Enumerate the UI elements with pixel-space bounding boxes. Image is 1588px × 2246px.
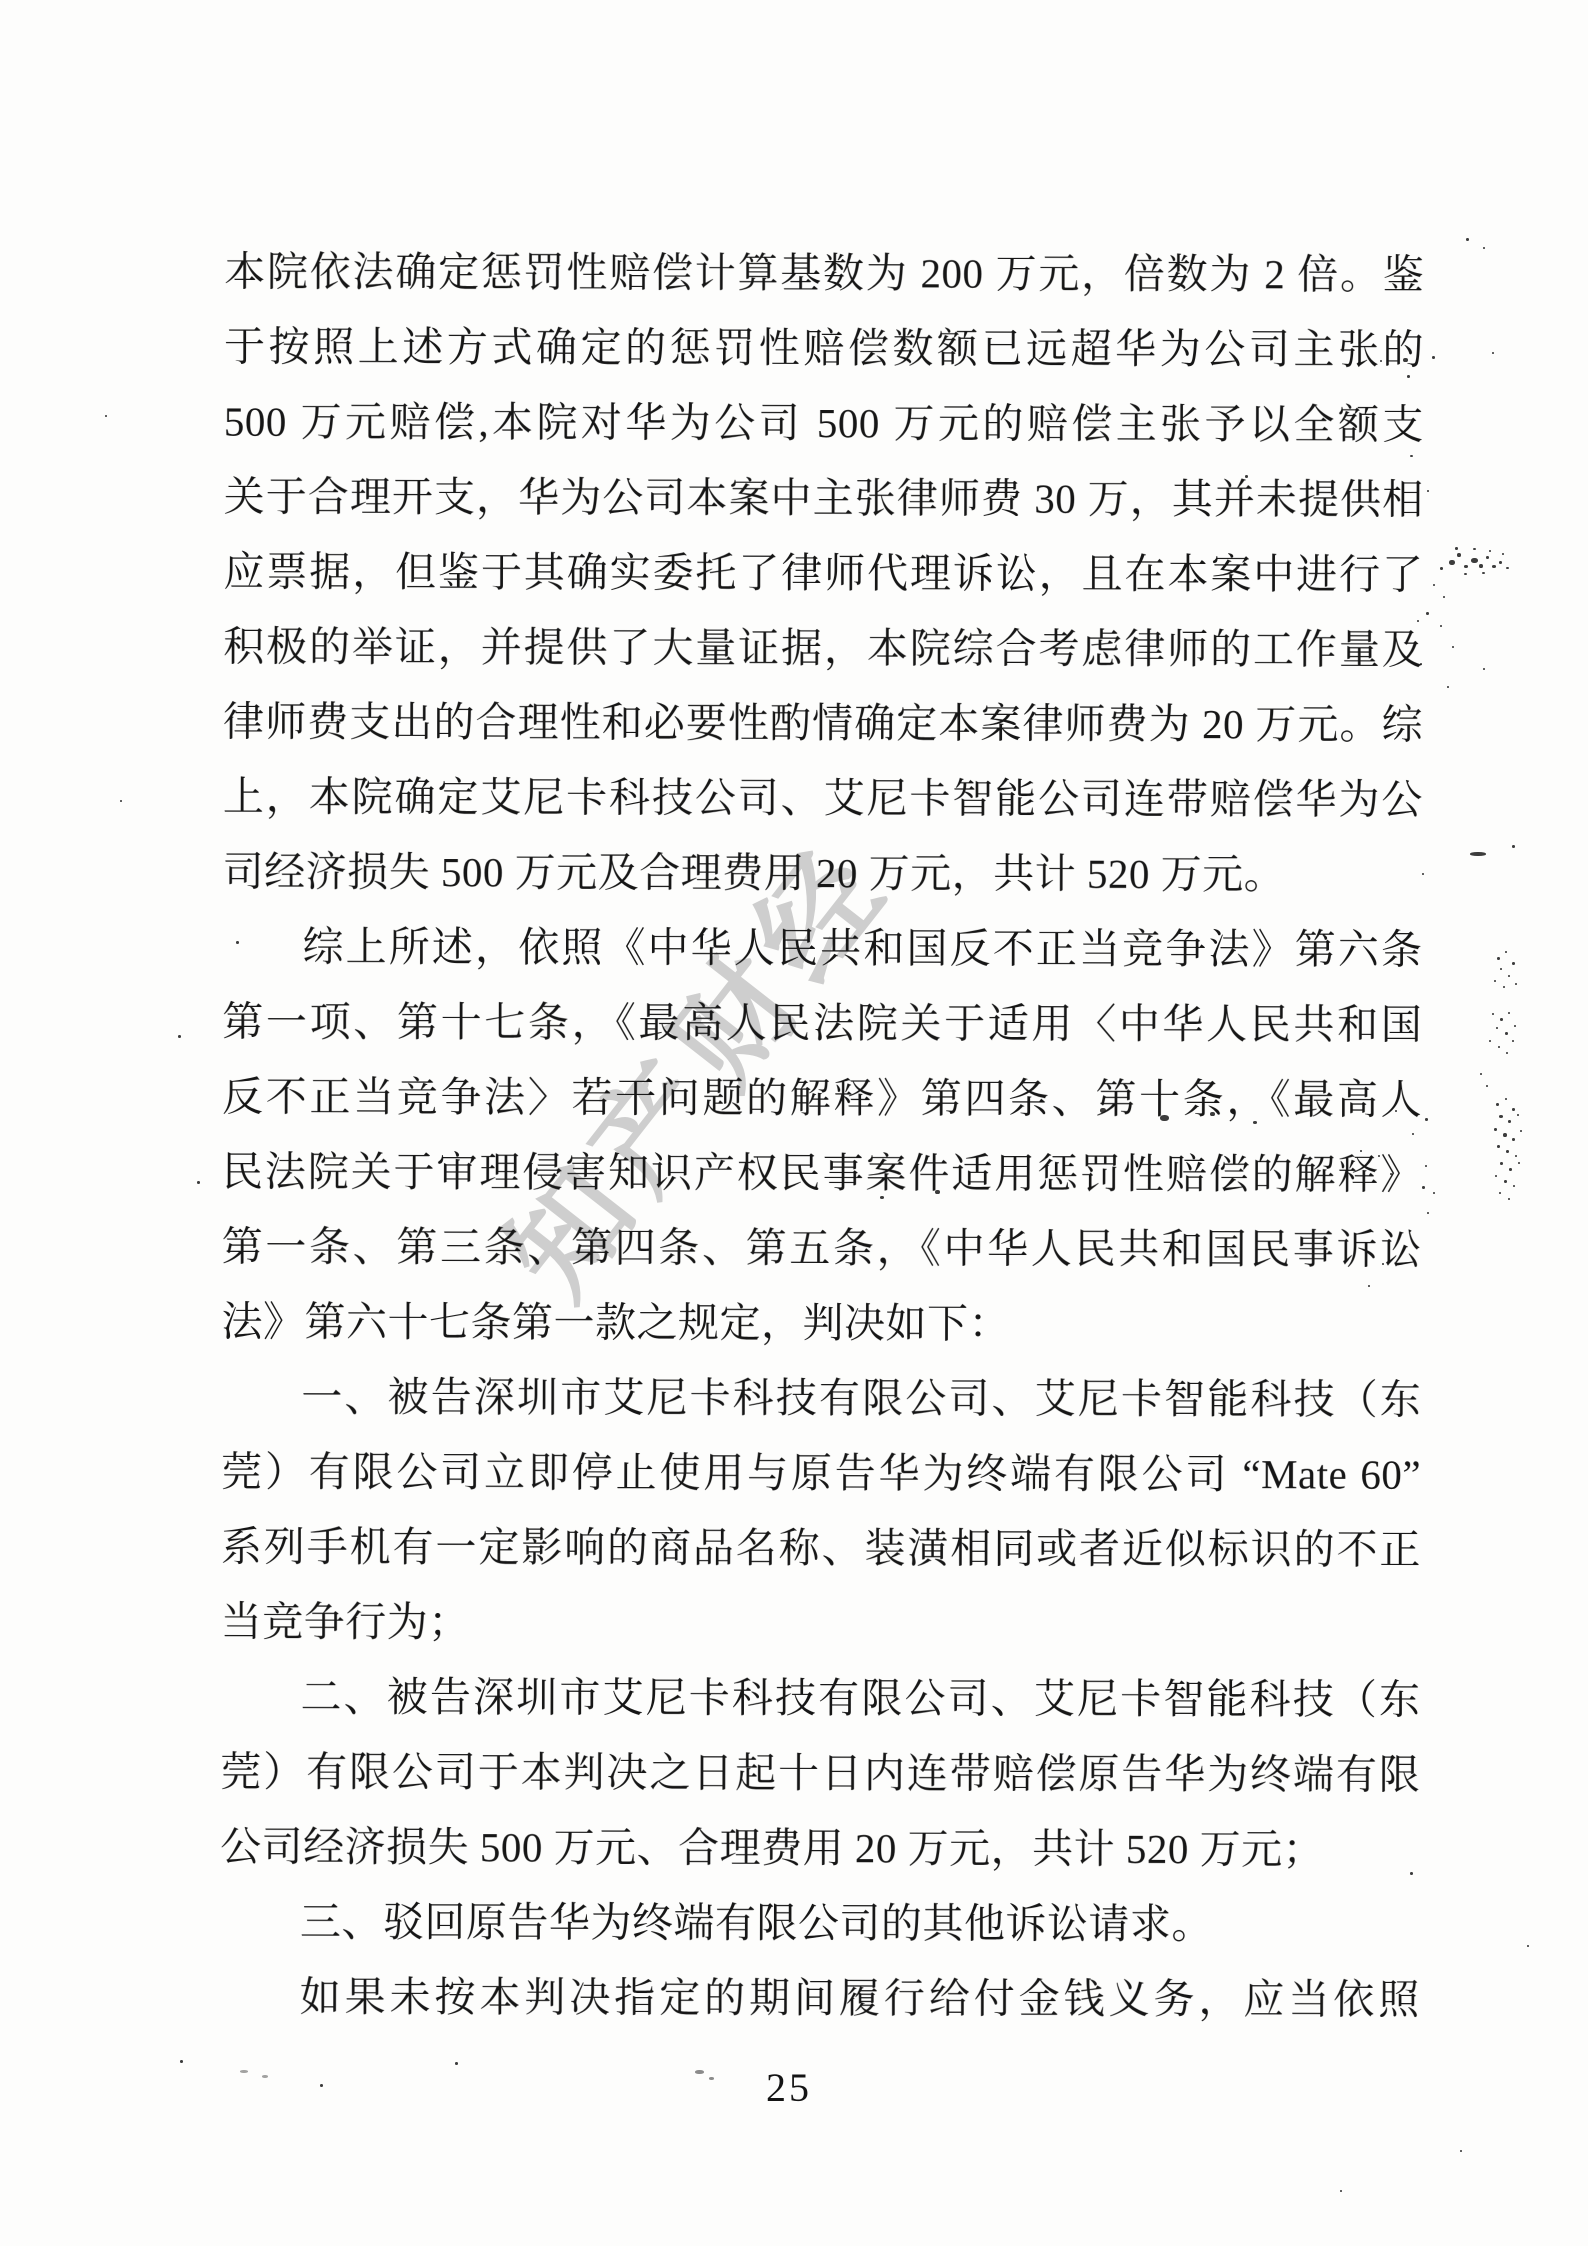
- noise-speck: [1483, 247, 1485, 249]
- noise-speck: [1452, 646, 1454, 648]
- text-line: 莞）有限公司于本判决之日起十日内连带赔偿原告华为终端有限: [220, 1734, 1420, 1812]
- noise-speck: [1517, 1114, 1519, 1116]
- noise-speck: [1489, 550, 1491, 552]
- text-line: 应票据，但鉴于其确实委托了律师代理诉讼，且在本案中进行了: [223, 534, 1423, 612]
- noise-speck: [1506, 1052, 1508, 1054]
- noise-speck: [120, 800, 122, 802]
- noise-speck: [1514, 1025, 1516, 1027]
- text-line: 二、被告深圳市艾尼卡科技有限公司、艾尼卡智能科技（东: [220, 1659, 1420, 1737]
- noise-speck: [1432, 356, 1435, 359]
- noise-speck: [1499, 1115, 1503, 1118]
- noise-speck: [1499, 561, 1502, 564]
- noise-speck: [178, 1035, 181, 1038]
- noise-speck: [1495, 1175, 1497, 1177]
- text-line: 第一项、第十七条，《最高人民法院关于适用〈中华人民共和国: [222, 984, 1422, 1062]
- noise-speck: [1527, 1945, 1529, 1947]
- text-line: 法》第六十七条第一款之规定，判决如下：: [221, 1284, 1421, 1362]
- noise-speck: [1512, 962, 1515, 965]
- noise-speck: [1492, 1013, 1494, 1015]
- noise-speck: [1505, 1032, 1508, 1035]
- noise-speck: [1512, 1108, 1515, 1111]
- noise-speck: [1506, 567, 1509, 569]
- noise-speck: [1471, 558, 1478, 563]
- text-line: 公司经济损失 500 万元、合理费用 20 万元，共计 520 万元；: [220, 1809, 1420, 1887]
- noise-speck: [1480, 1073, 1482, 1075]
- noise-speck: [1464, 573, 1467, 575]
- noise-speck: [1464, 565, 1468, 568]
- noise-speck: [1497, 1145, 1500, 1148]
- text-line: 司经济损失 500 万元及合理费用 20 万元，共计 520 万元。: [223, 834, 1423, 912]
- noise-speck: [1497, 957, 1500, 960]
- noise-speck: [1433, 1192, 1435, 1194]
- noise-speck: [1518, 1162, 1520, 1164]
- noise-speck: [1427, 1212, 1429, 1214]
- noise-speck: [1494, 980, 1496, 982]
- noise-speck: [1503, 1133, 1507, 1137]
- text-line: 反不正当竞争法〉若干问题的解释》第四条、第十条，《最高人: [222, 1059, 1422, 1137]
- noise-speck: [1500, 1162, 1503, 1165]
- noise-speck: [1473, 548, 1476, 550]
- noise-speck: [1466, 238, 1469, 241]
- noise-speck: [1492, 565, 1496, 568]
- noise-speck: [1425, 1118, 1428, 1121]
- noise-speck: [1502, 553, 1504, 555]
- text-line: 如果未按本判决指定的期间履行给付金钱义务，应当依照《中: [220, 1959, 1420, 2037]
- document-body: 本院依法确定惩罚性赔偿计算基数为 200 万元，倍数为 2 倍。鉴于按照上述方式…: [220, 234, 1425, 2037]
- noise-speck: [1512, 1138, 1515, 1141]
- noise-speck: [1489, 1040, 1491, 1042]
- noise-speck: [1440, 567, 1443, 570]
- noise-speck: [1443, 596, 1445, 598]
- noise-speck: [1508, 975, 1510, 977]
- noise-speck: [1512, 845, 1515, 848]
- noise-speck: [1483, 668, 1485, 670]
- noise-speck: [1505, 951, 1507, 953]
- text-line: 本院依法确定惩罚性赔偿计算基数为 200 万元，倍数为 2 倍。鉴: [224, 234, 1424, 312]
- text-line: 律师费支出的合理性和必要性酌情确定本案律师费为 20 万元。综: [223, 684, 1423, 762]
- noise-speck: [455, 2062, 458, 2065]
- noise-speck: [180, 2060, 183, 2063]
- noise-speck: [1515, 983, 1517, 985]
- page-number: 25: [766, 2064, 812, 2111]
- noise-speck: [1486, 556, 1489, 559]
- noise-speck: [1500, 1018, 1503, 1021]
- noise-speck: [1455, 547, 1458, 550]
- noise-speck: [1422, 1186, 1425, 1189]
- noise-speck: [1496, 1103, 1499, 1106]
- noise-speck: [197, 1181, 200, 1184]
- text-line: 第一条、第三条、第四条、第五条，《中华人民共和国民事诉讼: [222, 1209, 1422, 1287]
- noise-speck: [1508, 1012, 1510, 1014]
- noise-speck: [1470, 852, 1486, 856]
- noise-speck: [695, 2070, 704, 2074]
- noise-speck: [320, 2084, 323, 2087]
- noise-speck: [1498, 1046, 1500, 1048]
- text-line: 积极的举证，并提供了大量证据，本院综合考虑律师的工作量及: [223, 609, 1423, 687]
- text-line: 一、被告深圳市艾尼卡科技有限公司、艾尼卡智能科技（东: [221, 1359, 1421, 1437]
- noise-speck: [1508, 1198, 1510, 1200]
- text-line: 莞）有限公司立即停止使用与原告华为终端有限公司 “Mate 60”: [221, 1434, 1421, 1512]
- text-line: 于按照上述方式确定的惩罚性赔偿数额已远超华为公司主张的: [224, 309, 1424, 387]
- noise-speck: [1440, 625, 1442, 627]
- noise-speck: [1515, 1155, 1517, 1157]
- noise-speck: [709, 2077, 714, 2080]
- noise-speck: [262, 2075, 268, 2078]
- noise-speck: [1520, 1130, 1522, 1132]
- noise-speck: [1427, 490, 1429, 492]
- noise-speck: [1479, 564, 1483, 568]
- noise-speck: [1500, 968, 1502, 970]
- noise-speck: [1482, 572, 1485, 574]
- text-line: 三、驳回原告华为终端有限公司的其他诉讼请求。: [220, 1884, 1420, 1962]
- noise-speck: [1486, 1085, 1488, 1087]
- text-line: 上，本院确定艾尼卡科技公司、艾尼卡智能公司连带赔偿华为公: [223, 759, 1423, 837]
- noise-speck: [1433, 584, 1435, 586]
- noise-speck: [1426, 612, 1429, 615]
- text-line: 500 万元赔偿,本院对华为公司 500 万元的赔偿主张予以全额支持。: [224, 384, 1424, 462]
- text-line: 综上所述，依照《中华人民共和国反不正当竞争法》第六条: [222, 909, 1422, 987]
- noise-speck: [1508, 1120, 1511, 1123]
- noise-speck: [1509, 1168, 1512, 1171]
- noise-speck: [1513, 1185, 1515, 1187]
- text-line: 关于合理开支，华为公司本案中主张律师费 30 万，其并未提供相: [224, 459, 1424, 537]
- text-line: 当竞争行为；: [221, 1584, 1421, 1662]
- text-line: 系列手机有一定影响的商品名称、装潢相同或者近似标识的不正: [221, 1509, 1421, 1587]
- noise-speck: [1460, 2150, 1462, 2152]
- noise-speck: [1505, 1098, 1507, 1100]
- noise-speck: [1447, 686, 1449, 688]
- noise-speck: [1506, 1150, 1509, 1153]
- noise-speck: [1503, 986, 1505, 988]
- noise-speck: [1457, 553, 1461, 557]
- noise-speck: [1496, 1027, 1498, 1029]
- noise-speck: [1425, 1165, 1427, 1167]
- scanned-judgment-page: 知产财经 本院依法确定惩罚性赔偿计算基数为 200 万元，倍数为 2 倍。鉴于按…: [0, 0, 1588, 2246]
- noise-speck: [1492, 352, 1494, 354]
- noise-speck: [1340, 2190, 1342, 2192]
- noise-speck: [105, 415, 107, 417]
- noise-speck: [1499, 1192, 1501, 1194]
- text-line: 民法院关于审理侵害知识产权民事案件适用惩罚性赔偿的解释》: [222, 1134, 1422, 1212]
- noise-speck: [1494, 1128, 1497, 1131]
- noise-speck: [1512, 1040, 1514, 1042]
- noise-speck: [240, 2070, 248, 2073]
- noise-speck: [1449, 560, 1455, 565]
- noise-speck: [1504, 1180, 1507, 1183]
